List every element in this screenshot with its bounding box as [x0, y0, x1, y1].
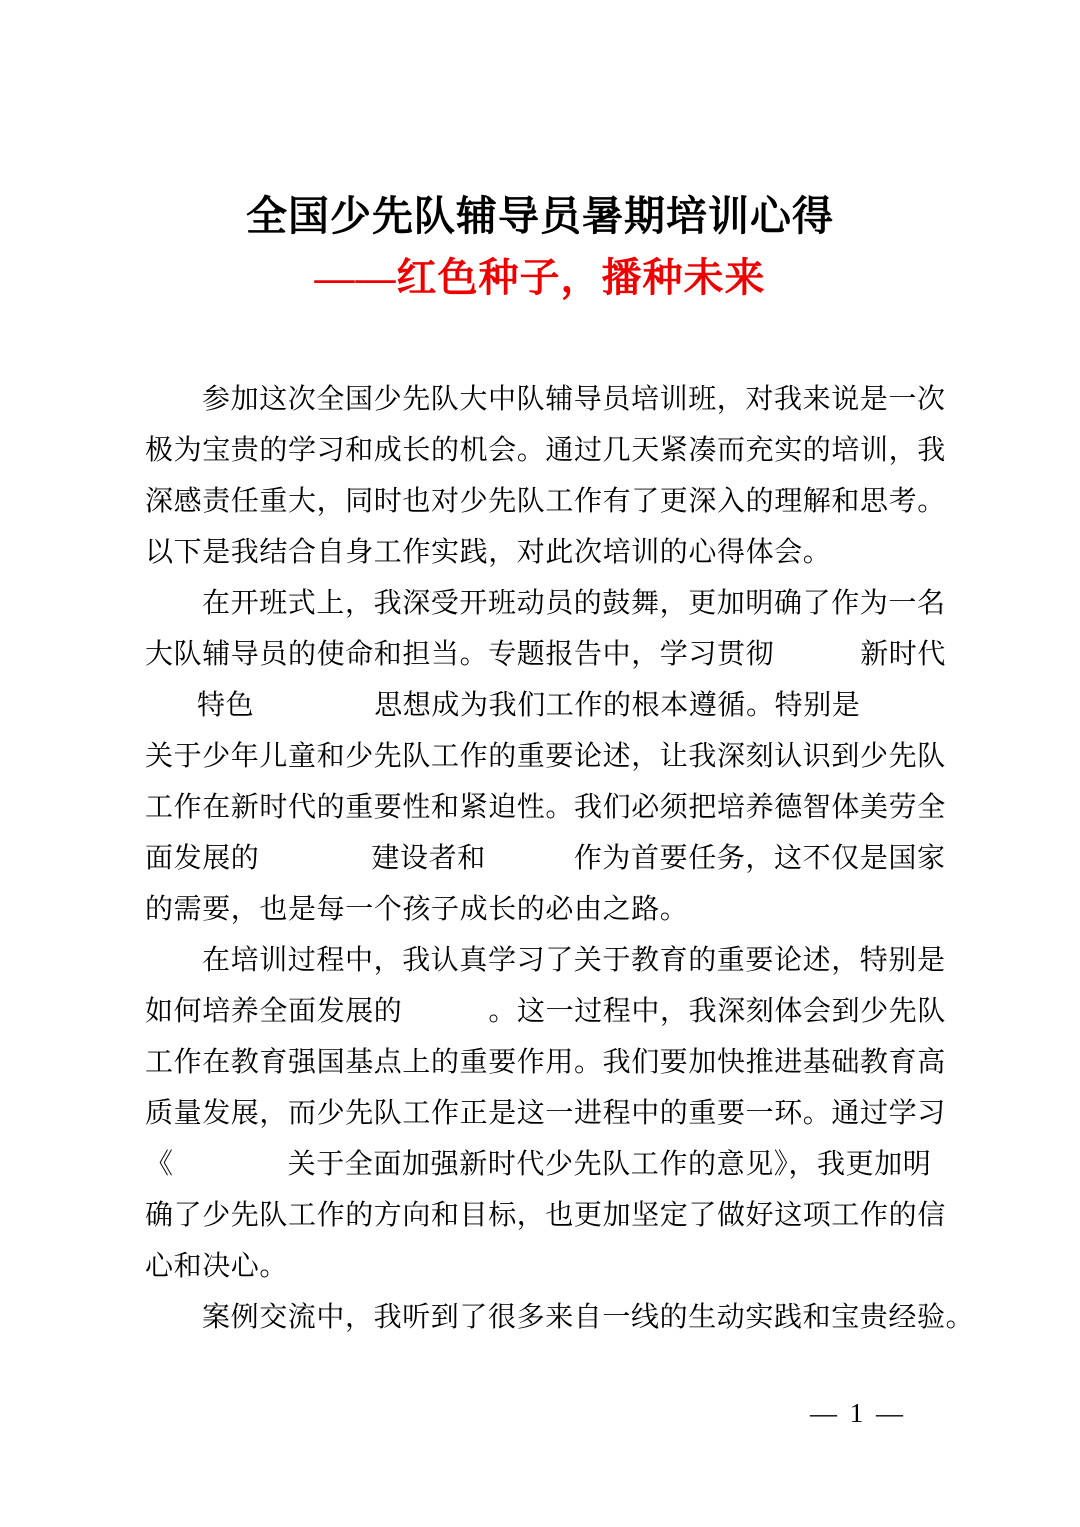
body-line-text: 关于少年儿童和少先队工作的重要论述，让我深刻认识到少先队: [145, 741, 946, 772]
body-line-text: 新时代: [860, 639, 946, 670]
body-line-text: 关于全面加强新时代少先队工作的意见》，我更加明: [288, 1149, 932, 1180]
body-line-text: 在培训过程中，我认真学习了关于教育的重要论述，特别是: [202, 945, 946, 976]
text-gap: [145, 967, 202, 969]
body-line-text: 参加这次全国少先队大中队辅导员培训班，对我来说是一次: [202, 384, 946, 415]
body-line-text: 思想成为我们工作的根本遵循。特别是: [374, 690, 860, 721]
text-gap: [145, 610, 202, 612]
body-line: 的需要，也是每一个孩子成长的必由之路。: [145, 884, 945, 935]
body-text: 参加这次全国少先队大中队辅导员培训班，对我来说是一次极为宝贵的学习和成长的机会。…: [145, 374, 945, 1343]
body-line-text: 大队辅导员的使命和担当。专题报告中，学习贯彻: [145, 639, 774, 670]
body-line: 工作在新时代的重要性和紧迫性。我们必须把培养德智体美劳全: [145, 782, 945, 833]
text-gap: [774, 661, 860, 663]
text-gap: [174, 1171, 288, 1173]
body-line: 《关于全面加强新时代少先队工作的意见》，我更加明: [145, 1139, 945, 1190]
body-line-text: 《: [145, 1149, 174, 1180]
document-title: 全国少先队辅导员暑期培训心得: [0, 188, 1080, 244]
body-line-text: 作为首要任务，这不仅是国家: [574, 843, 946, 874]
body-line: 特色思想成为我们工作的根本遵循。特别是: [145, 680, 945, 731]
body-line: 工作在教育强国基点上的重要作用。我们要加快推进基础教育高: [145, 1037, 945, 1088]
body-line-text: 极为宝贵的学习和成长的机会。通过几天紧凑而充实的培训，我: [145, 435, 946, 466]
body-line-text: 质量发展，而少先队工作正是这一进程中的重要一环。通过学习: [145, 1098, 946, 1129]
document-subtitle: ——红色种子，播种未来: [0, 250, 1080, 306]
body-line: 极为宝贵的学习和成长的机会。通过几天紧凑而充实的培训，我: [145, 425, 945, 476]
body-line: 确了少先队工作的方向和目标，也更加坚定了做好这项工作的信: [145, 1190, 945, 1241]
body-line-text: 在开班式上，我深受开班动员的鼓舞，更加明确了作为一名: [202, 588, 946, 619]
body-line: 关于少年儿童和少先队工作的重要论述，让我深刻认识到少先队: [145, 731, 945, 782]
body-line-text: 工作在新时代的重要性和紧迫性。我们必须把培养德智体美劳全: [145, 792, 946, 823]
body-line: 案例交流中，我听到了很多来自一线的生动实践和宝贵经验。: [145, 1292, 945, 1343]
body-line: 深感责任重大，同时也对少先队工作有了更深入的理解和思考。: [145, 476, 945, 527]
body-line-text: 工作在教育强国基点上的重要作用。我们要加快推进基础教育高: [145, 1047, 946, 1078]
body-line-text: 如何培养全面发展的: [145, 996, 402, 1027]
body-line: 在培训过程中，我认真学习了关于教育的重要论述，特别是: [145, 935, 945, 986]
body-line-text: 建设者和: [371, 843, 485, 874]
body-line-text: 确了少先队工作的方向和目标，也更加坚定了做好这项工作的信: [145, 1200, 946, 1231]
text-gap: [145, 406, 202, 408]
page-number: — 1 —: [810, 1398, 906, 1429]
body-line: 参加这次全国少先队大中队辅导员培训班，对我来说是一次: [145, 374, 945, 425]
body-line: 心和决心。: [145, 1241, 945, 1292]
body-line-text: 特色: [197, 690, 254, 721]
body-line-text: 以下是我结合自身工作实践，对此次培训的心得体会。: [145, 537, 831, 568]
text-gap: [259, 865, 371, 867]
text-gap: [402, 1018, 488, 1020]
body-line-text: 案例交流中，我听到了很多来自一线的生动实践和宝贵经验。: [202, 1302, 974, 1333]
body-line-text: 。这一过程中，我深刻体会到少先队: [488, 996, 946, 1027]
body-line: 如何培养全面发展的。这一过程中，我深刻体会到少先队: [145, 986, 945, 1037]
body-line-text: 的需要，也是每一个孩子成长的必由之路。: [145, 894, 688, 925]
body-line: 在开班式上，我深受开班动员的鼓舞，更加明确了作为一名: [145, 578, 945, 629]
body-line: 以下是我结合自身工作实践，对此次培训的心得体会。: [145, 527, 945, 578]
body-line-text: 心和决心。: [145, 1251, 288, 1282]
document-page: 全国少先队辅导员暑期培训心得 ——红色种子，播种未来 参加这次全国少先队大中队辅…: [0, 0, 1080, 1527]
body-line-text: 深感责任重大，同时也对少先队工作有了更深入的理解和思考。: [145, 486, 946, 517]
body-line: 质量发展，而少先队工作正是这一进程中的重要一环。通过学习: [145, 1088, 945, 1139]
body-line: 面发展的建设者和作为首要任务，这不仅是国家: [145, 833, 945, 884]
text-gap: [145, 712, 197, 714]
text-gap: [145, 1324, 202, 1326]
text-gap: [486, 865, 574, 867]
body-line-text: 面发展的: [145, 843, 259, 874]
body-line: 大队辅导员的使命和担当。专题报告中，学习贯彻新时代: [145, 629, 945, 680]
text-gap: [254, 712, 374, 714]
